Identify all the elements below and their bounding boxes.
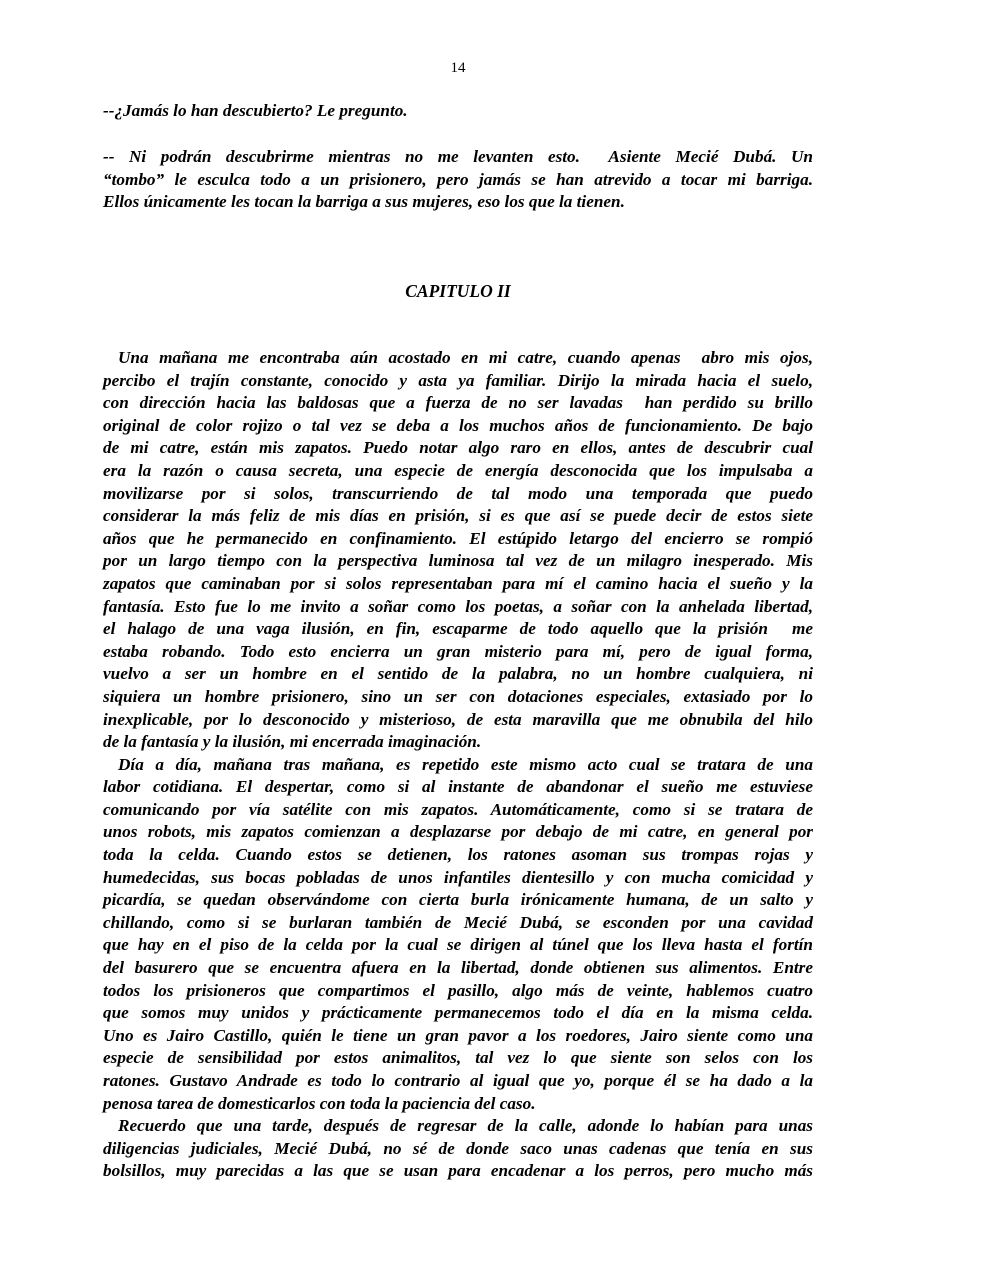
text-line: --¿Jamás lo han descubierto? Le pregunto… [103,100,813,123]
text-line: con dirección hacia las baldosas que a f… [103,392,813,415]
text-line: chillando, como si se burlaran también d… [103,912,813,935]
text-line: percibo el trajín constante, conocido y … [103,370,813,393]
text-line: diligencias judiciales, Mecié Dubá, no s… [103,1138,813,1161]
text-line: años que he permanecido en confinamiento… [103,528,813,551]
text-line: toda la celda. Cuando estos se detienen,… [103,844,813,867]
text-line: original de color rojizo o tal vez se de… [103,415,813,438]
text-line: bolsillos, muy parecidas a las que se us… [103,1160,813,1183]
text-line: Ellos únicamente les tocan la barriga a … [103,191,813,214]
page-number: 14 [0,60,916,77]
text-line: Recuerdo que una tarde, después de regre… [103,1115,813,1138]
text-line: comunicando por vía satélite con mis zap… [103,799,813,822]
text-line: el halago de una vaga ilusión, en fin, e… [103,618,813,641]
text-line: siquiera un hombre prisionero, sino un s… [103,686,813,709]
text-line: picardía, se quedan observándome con cie… [103,889,813,912]
text-line: ratones. Gustavo Andrade es todo lo cont… [103,1070,813,1093]
text-line: humedecidas, sus bocas pobladas de unos … [103,867,813,890]
text-line: Día a día, mañana tras mañana, es repeti… [103,754,813,777]
text-line: de la fantasía y la ilusión, mi encerrad… [103,731,813,754]
text-line: por un largo tiempo con la perspectiva l… [103,550,813,573]
text-line: -- Ni podrán descubrirme mientras no me … [103,146,813,169]
text-line: especie de sensibilidad por estos animal… [103,1047,813,1070]
text-line: que hay en el piso de la celda por la cu… [103,934,813,957]
text-line: que somos muy unidos y prácticamente per… [103,1002,813,1025]
paragraph: Día a día, mañana tras mañana, es repeti… [103,754,813,1116]
paragraph: Recuerdo que una tarde, después de regre… [103,1115,813,1183]
dialogue-answer: -- Ni podrán descubrirme mientras no me … [103,146,813,214]
text-line: inexplicable, por lo desconocido y miste… [103,709,813,732]
text-line: Uno es Jairo Castillo, quién le tiene un… [103,1025,813,1048]
text-line: vuelvo a ser un hombre en el sentido de … [103,663,813,686]
text-line: estaba robando. Todo esto encierra un gr… [103,641,813,664]
text-line: “tombo” le esculca todo a un prisionero,… [103,169,813,192]
text-line: unos robots, mis zapatos comienzan a des… [103,821,813,844]
text-line: labor cotidiana. El despertar, como si a… [103,776,813,799]
text-line: de mi catre, están mis zapatos. Puedo no… [103,437,813,460]
text-line: penosa tarea de domesticarlos con toda l… [103,1093,813,1116]
text-line: era la razón o causa secreta, una especi… [103,460,813,483]
text-line: considerar la más feliz de mis días en p… [103,505,813,528]
text-line: zapatos que caminaban por si solos repre… [103,573,813,596]
document-page: 14 --¿Jamás lo han descubierto? Le pregu… [0,0,990,1280]
dialogue-question: --¿Jamás lo han descubierto? Le pregunto… [103,100,813,123]
text-line: fantasía. Esto fue lo me invito a soñar … [103,596,813,619]
text-line: movilizarse por si solos, transcurriendo… [103,483,813,506]
chapter-body: Una mañana me encontraba aún acostado en… [103,347,813,1183]
chapter-title: CAPITULO II [0,281,916,302]
text-line: del basurero que se encuentra afuera en … [103,957,813,980]
text-line: todos los prisioneros que compartimos el… [103,980,813,1003]
paragraph: Una mañana me encontraba aún acostado en… [103,347,813,754]
text-line: Una mañana me encontraba aún acostado en… [103,347,813,370]
